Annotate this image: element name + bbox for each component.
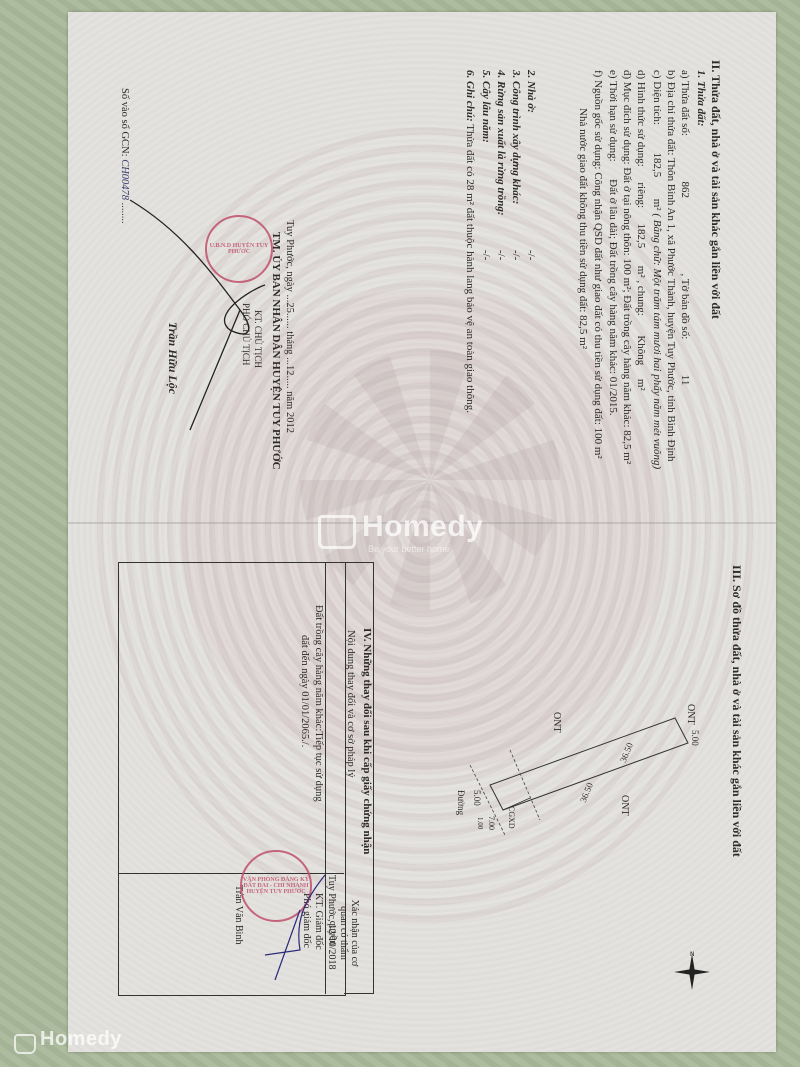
label-ont-top: ONT [685, 704, 696, 725]
perennial-value: -/- [480, 250, 492, 260]
note-value: Thửa đất có 28 m² đất thuộc hành lang bả… [464, 124, 476, 413]
house-label: 2. Nhà ở: [525, 70, 537, 113]
area-row: c) Diện tích: 182,5 m² ( Bằng chữ: Một t… [651, 70, 663, 469]
term-row: e) Thời hạn sử dụng: Đất ở lâu dài; Đất … [607, 70, 619, 416]
corner-watermark-brand: Homedy [40, 1028, 122, 1051]
perennial-label: 5. Cây lâu năm: [480, 70, 492, 143]
usage-form-row: d) Hình thức sử dụng: riêng: 182,5 m² , … [635, 70, 647, 391]
watermark-brand: Homedy [362, 510, 483, 544]
confirm-signature-stroke [255, 870, 335, 990]
compass-rose-icon: N [670, 950, 714, 994]
issue-date: Tuy Phước, ngày ...25...... tháng ...12.… [284, 220, 295, 433]
section2-title: II. Thửa đất, nhà ở và tài sản khác gắn … [708, 60, 723, 319]
label-offset-small: 1.00 [476, 817, 484, 829]
origin-row-2: Nhà nước giao đất không thu tiền sử dụng… [577, 108, 589, 349]
forest-label: 4. Rừng sản xuất là rừng trồng: [495, 70, 507, 216]
col-header-content: Nội dung thay đổi và cơ sở pháp lý [345, 630, 356, 778]
parcel-number-row: a) Thửa đất số: 862 , Tờ bản đồ số: 11 [679, 70, 691, 385]
forest-value: -/- [495, 250, 507, 260]
parcel-number: 862 [679, 181, 691, 198]
origin-row: f) Nguồn gốc sử dụng: Công nhận QSD đất … [592, 70, 604, 459]
issuing-authority: TM. ỦY BAN NHÂN DÂN HUYỆN TUY PHƯỚC [270, 232, 282, 470]
svg-text:N: N [690, 951, 695, 958]
homedy-corner-logo-icon [14, 1034, 36, 1054]
label-offset: 7.00 [487, 816, 496, 830]
construction-value: -/- [510, 250, 522, 260]
note-row: 6. Ghi chú: Thửa đất có 28 m² đất thuộc … [464, 70, 476, 413]
registry-row: Số vào sổ GCN: CH00478 ........ [119, 88, 130, 224]
label-width-near: 5.00 [472, 790, 482, 806]
origin-value: Công nhận QSD đất như giao đất có thu ti… [592, 172, 604, 459]
construction-label: 3. Công trình xây dựng khác: [510, 70, 522, 204]
purpose-row: đ) Mục đích sử dụng: Đất ở tại nông thôn… [621, 70, 633, 464]
area-in-words: ( Bằng chữ: Một trăm tám mươi hai phẩy n… [651, 213, 663, 469]
label-corridor: CGXD [507, 806, 516, 829]
private-area: 182,5 [635, 224, 647, 249]
area-value: 182,5 [651, 152, 663, 177]
watermark-tagline: Be your better home [368, 544, 450, 554]
label-ont-right: ONT [619, 795, 630, 816]
section4-title: IV. Những thay đổi sau khi cấp giấy chứn… [361, 628, 373, 854]
change-content-line-2: đất đến ngày 01/01/2065./. [299, 635, 310, 747]
address-row: b) Địa chỉ thửa đất: Thôn Bình An 1, xã … [665, 70, 677, 462]
parcel-address: Thôn Bình An 1, xã Phước Thành, huyện Tu… [665, 158, 677, 462]
label-ont-left: ONT [551, 712, 562, 733]
section3-title: III. Sơ đồ thửa đất, nhà ở và tài sản kh… [729, 565, 744, 857]
label-road: Đường [456, 790, 466, 815]
label-width-far: 5.00 [690, 730, 700, 746]
house-value: -/- [525, 250, 537, 260]
land-heading: 1. Thửa đất: [695, 70, 707, 126]
map-number: 11 [679, 375, 691, 386]
term-value: Đất ở lâu dài; Đất trồng cây hàng năm kh… [607, 179, 619, 415]
shared-area: Không [635, 335, 647, 365]
change-content-line-1: Đất trồng cây hàng năm khác:Tiếp tục sử … [313, 605, 324, 802]
registry-number: CH00478 [119, 159, 130, 200]
purpose-value: Đất ở tại nông thôn: 100 m²; Đất trồng c… [621, 167, 633, 464]
homedy-logo-icon [318, 515, 356, 549]
signature-stroke [120, 190, 270, 440]
